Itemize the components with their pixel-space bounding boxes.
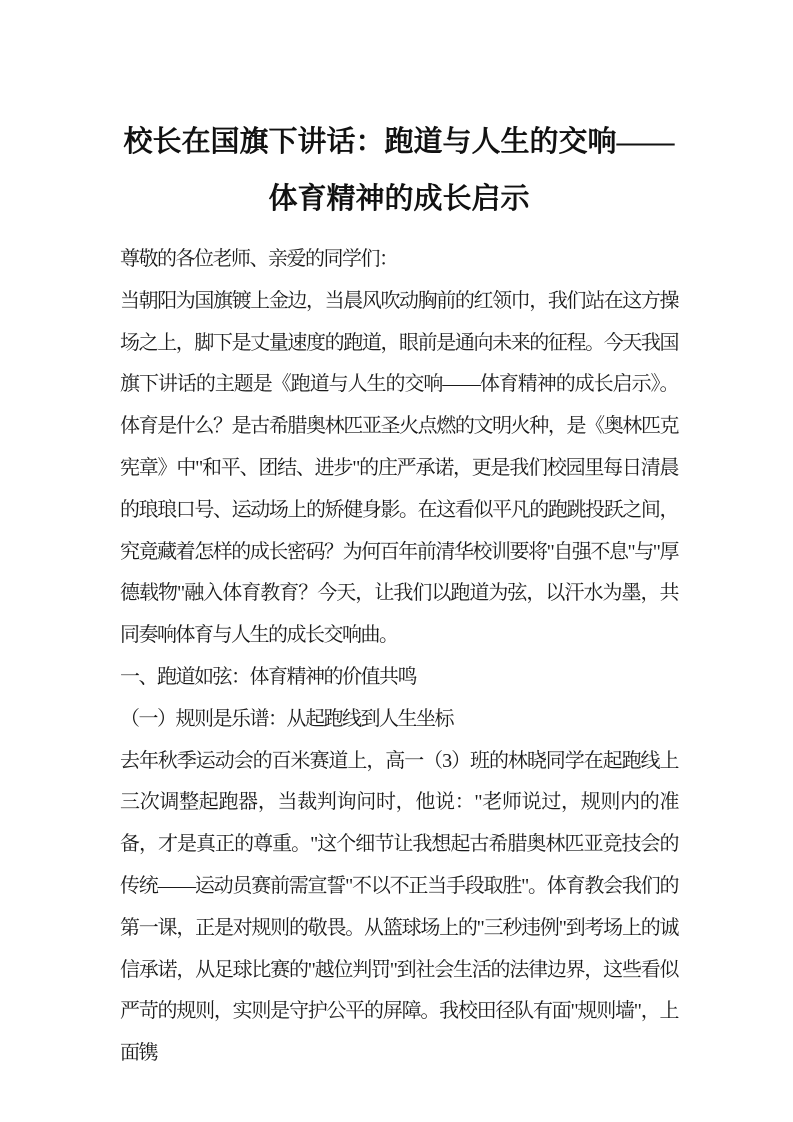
document-page: 校长在国旗下讲话：跑道与人生的交响——体育精神的成长启示 尊敬的各位老师、亲爱的… (0, 0, 793, 1122)
section-heading-1: 一、跑道如弦：体育精神的价值共鸣 (120, 657, 678, 699)
paragraph-intro: 当朝阳为国旗镀上金边，当晨风吹动胸前的红领巾，我们站在这方操场之上，脚下是丈量速… (120, 281, 678, 657)
paragraph-greeting: 尊敬的各位老师、亲爱的同学们： (120, 239, 678, 281)
paragraph-rules-story: 去年秋季运动会的百米赛道上，高一（3）班的林晓同学在起跑线上三次调整起跑器，当裁… (120, 741, 678, 1075)
document-content: 校长在国旗下讲话：跑道与人生的交响——体育精神的成长启示 尊敬的各位老师、亲爱的… (120, 114, 678, 1075)
subsection-heading-1-1: （一）规则是乐谱：从起跑线到人生坐标 (120, 699, 678, 741)
document-title: 校长在国旗下讲话：跑道与人生的交响——体育精神的成长启示 (120, 114, 678, 228)
